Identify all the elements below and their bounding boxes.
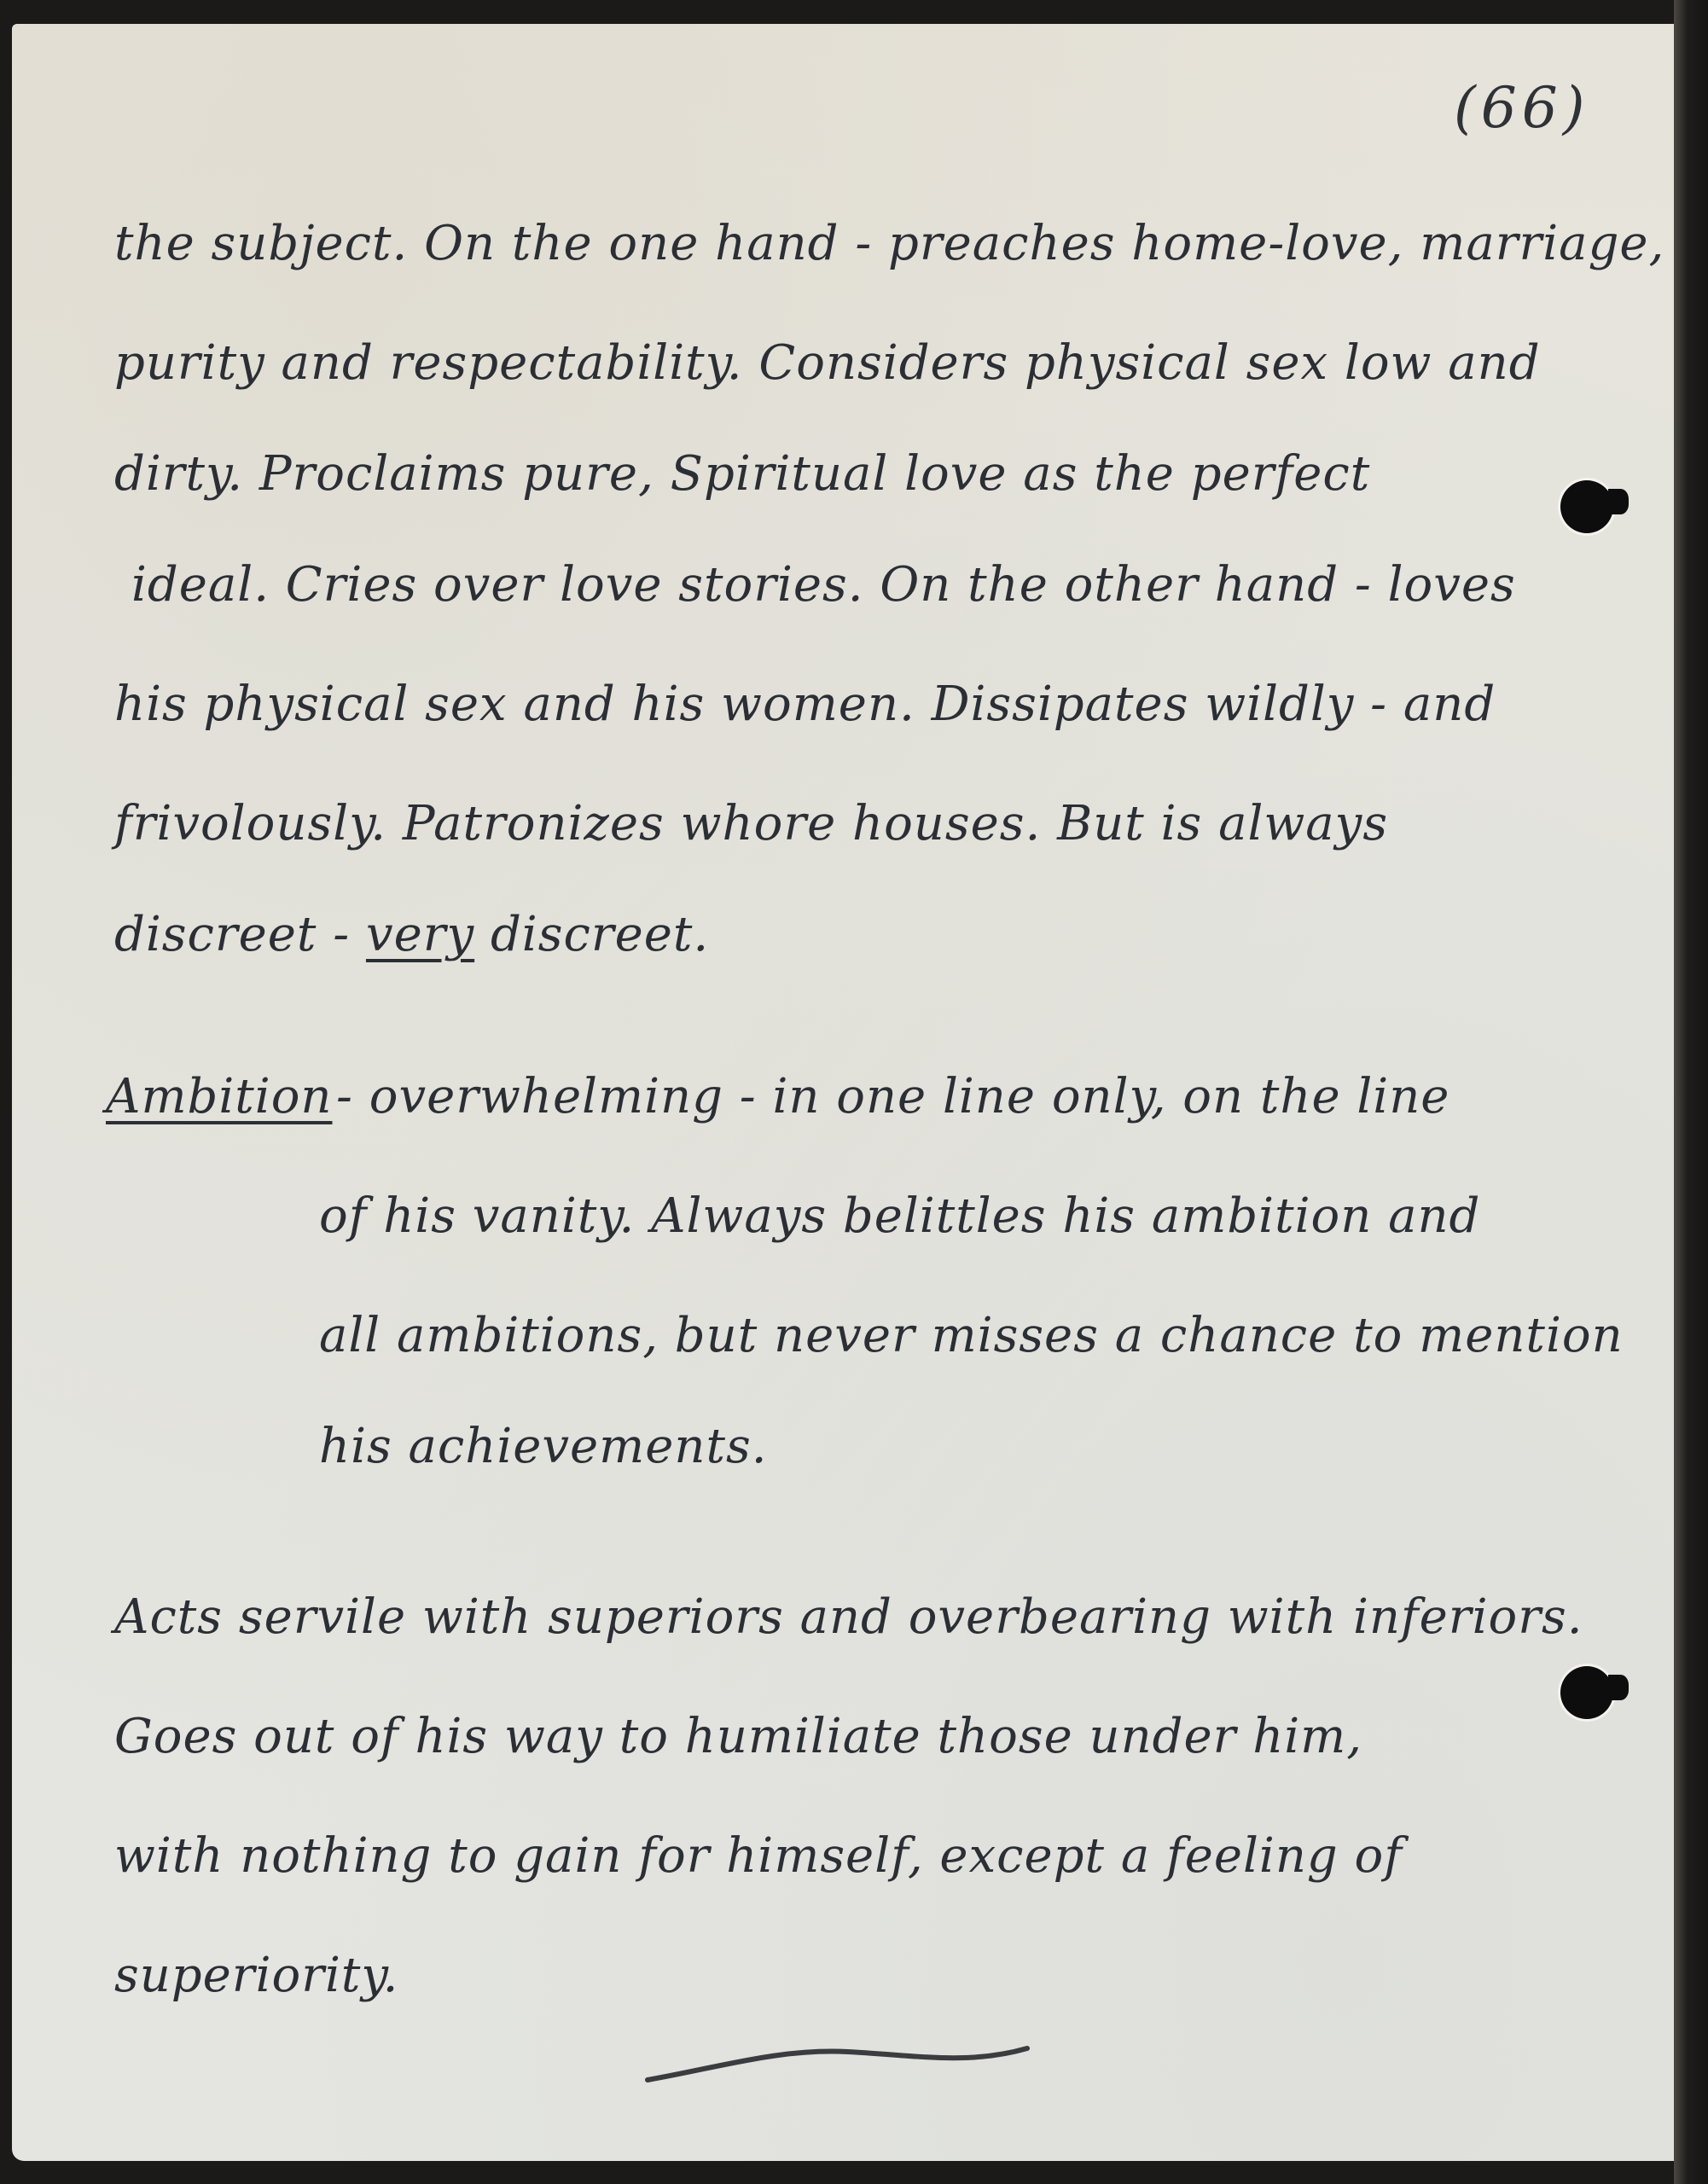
discreet-word-2: discreet. <box>491 907 709 962</box>
text-line-4: ideal. Cries over love stories. On the o… <box>131 561 1516 609</box>
text-line-5: his physical sex and his women. Dissipat… <box>114 681 1496 729</box>
closing-line-2: Goes out of his way to humiliate those u… <box>114 1713 1362 1761</box>
punch-hole-bottom <box>1560 1666 1613 1719</box>
page-number: (66) <box>1454 75 1589 141</box>
closing-flourish-line <box>643 2042 1036 2093</box>
scan-border-right <box>1674 0 1708 2184</box>
text-line-2: purity and respectability. Considers phy… <box>114 340 1541 387</box>
manuscript-page: (66) the subject. On the one hand - prea… <box>12 24 1676 2161</box>
very-underlined-word: very <box>366 907 474 962</box>
ambition-line-2: of his vanity. Always belittles his ambi… <box>319 1193 1480 1240</box>
closing-line-1: Acts servile with superiors and overbear… <box>114 1594 1583 1641</box>
text-line-7: discreet - very discreet. <box>114 911 709 959</box>
text-line-3: dirty. Proclaims pure, Spiritual love as… <box>114 450 1370 498</box>
punch-hole-top <box>1560 480 1613 533</box>
text-line-6: frivolously. Patronizes whore houses. Bu… <box>114 800 1388 848</box>
ambition-heading: Ambition <box>106 1073 333 1121</box>
ambition-line-4: his achievements. <box>319 1423 768 1471</box>
ambition-line-1: - overwhelming - in one line only, on th… <box>336 1073 1449 1121</box>
discreet-word: discreet - <box>114 907 350 962</box>
closing-line-4: superiority. <box>114 1952 398 2000</box>
ambition-line-3: all ambitions, but never misses a chance… <box>319 1312 1624 1360</box>
text-line-1: the subject. On the one hand - preaches … <box>114 220 1664 268</box>
closing-line-3: with nothing to gain for himself, except… <box>114 1833 1403 1880</box>
